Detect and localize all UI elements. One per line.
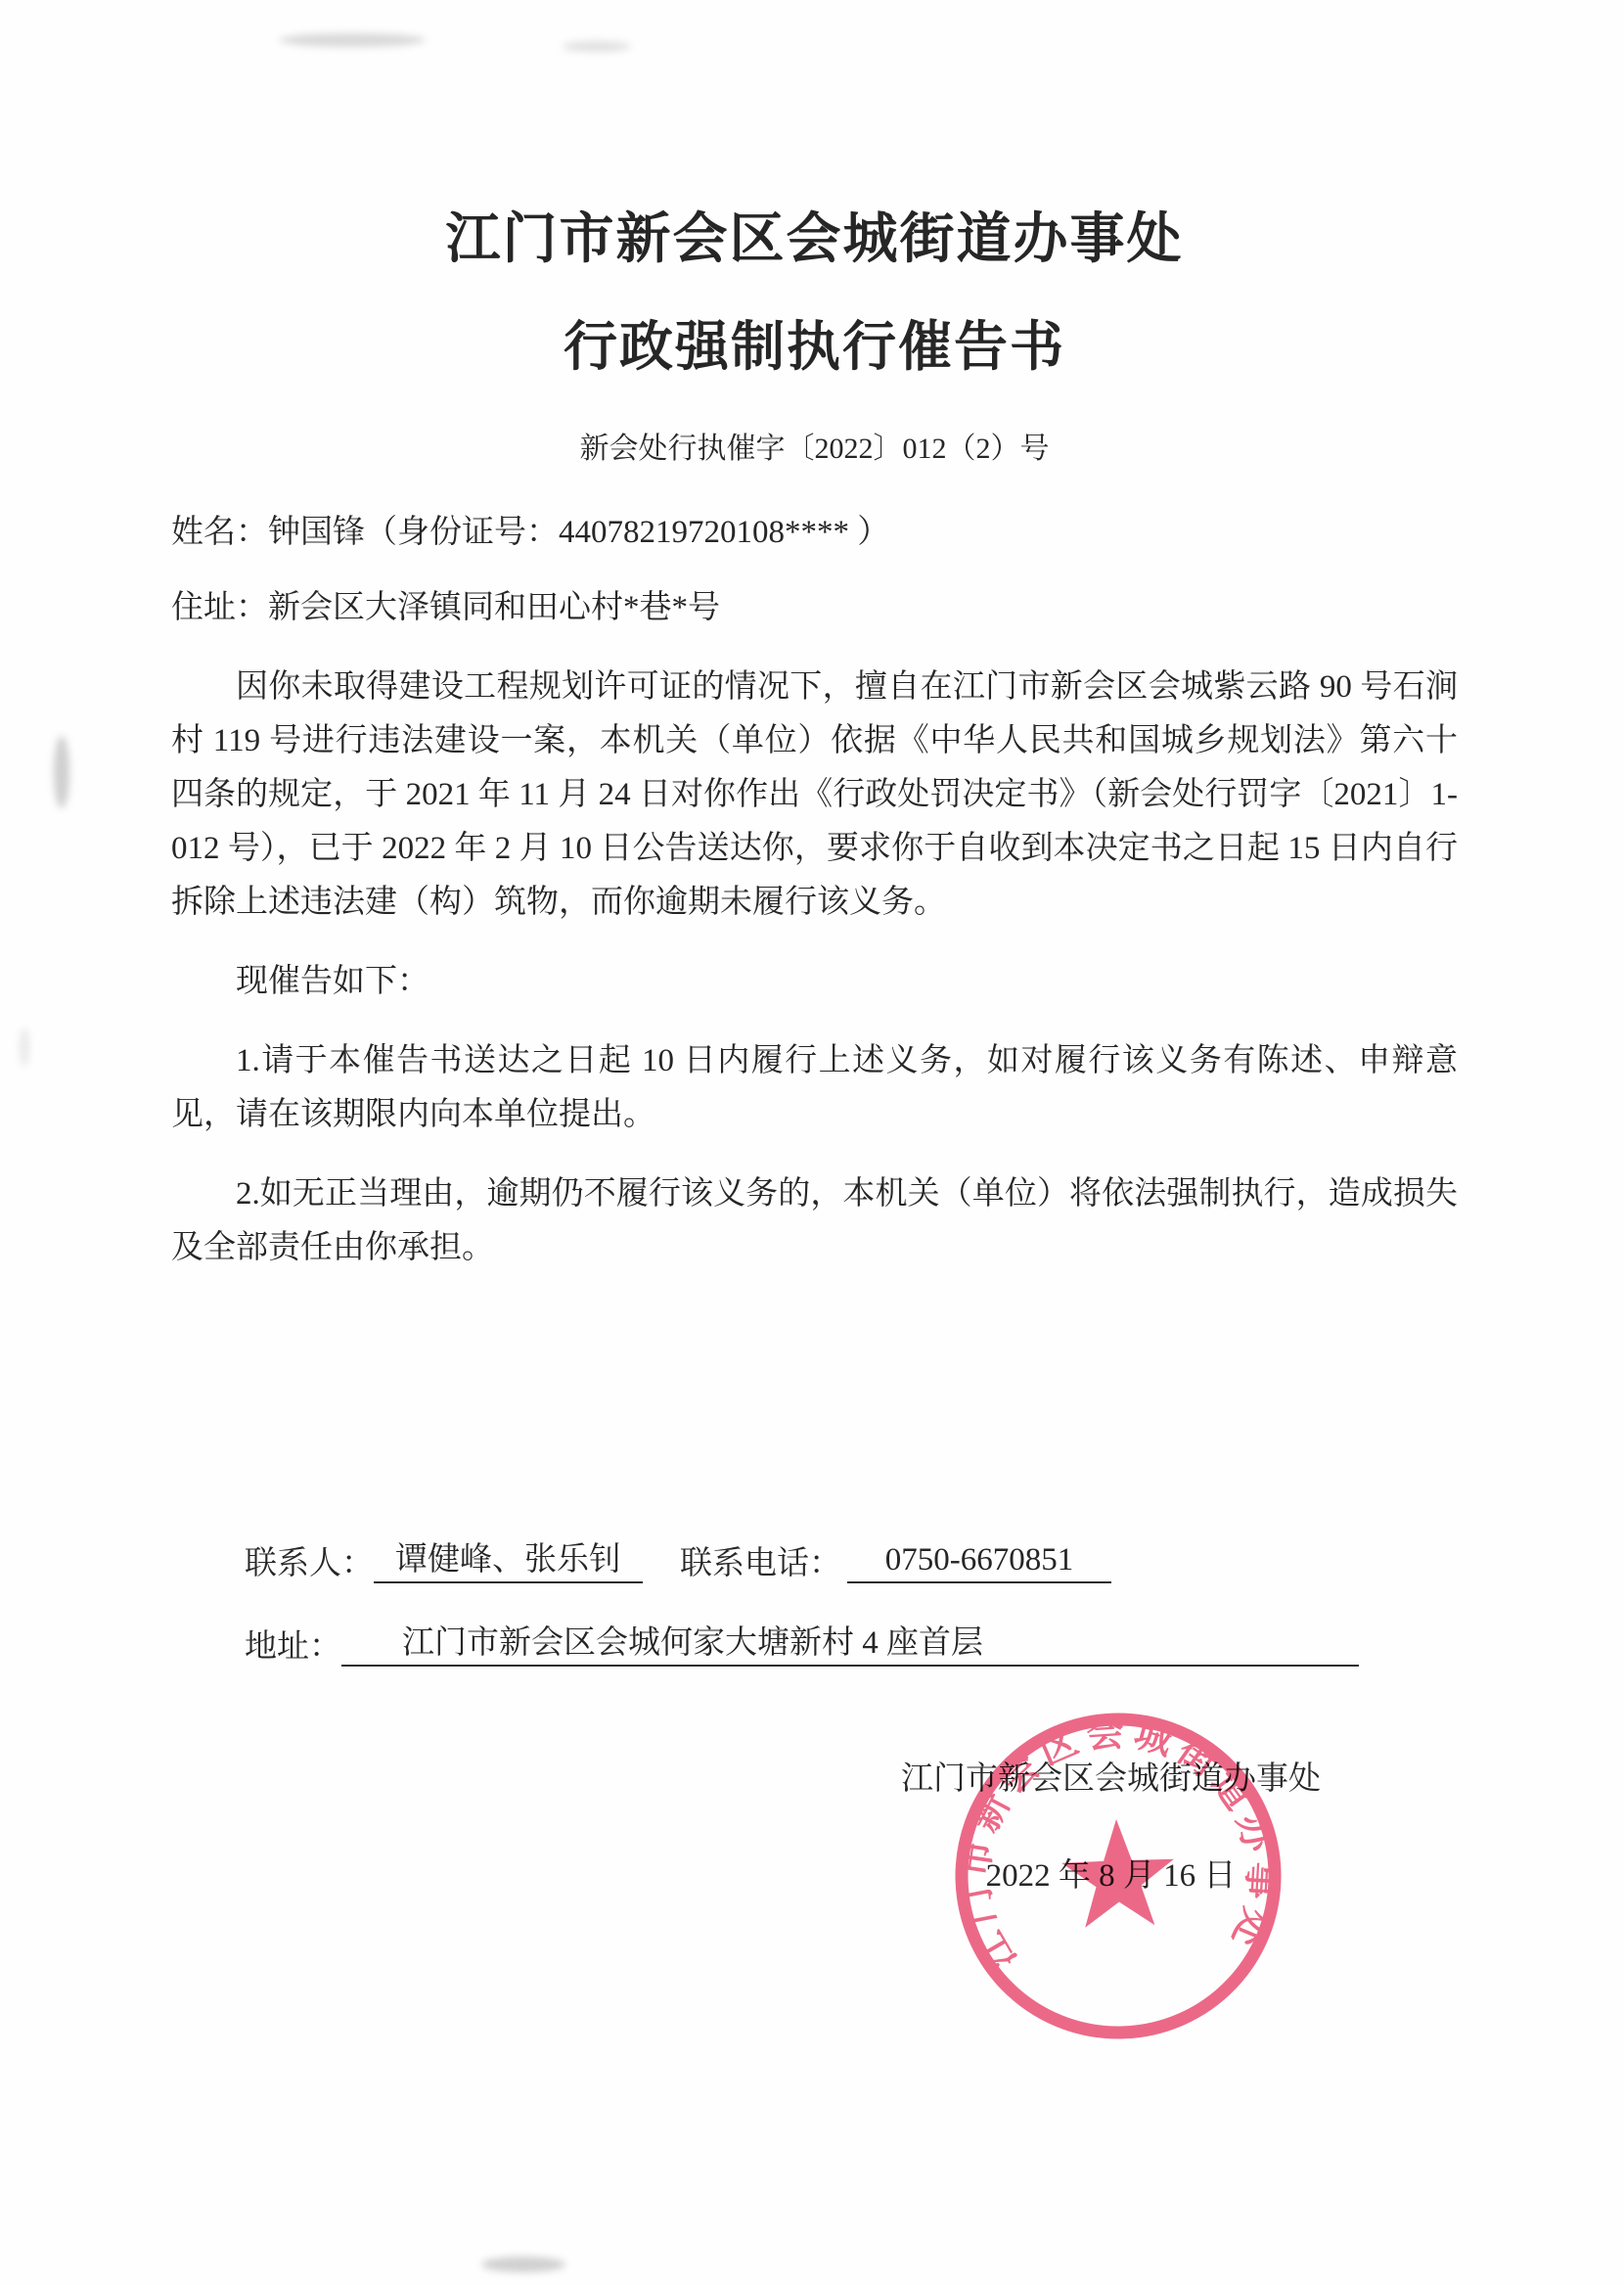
scan-artifact [54, 736, 69, 808]
contact-person-value: 谭健峰、张乐钊 [374, 1538, 643, 1583]
doc-title: 行政强制执行催告书 [171, 303, 1458, 381]
contact-phone-value: 0750-6670851 [847, 1538, 1111, 1583]
contact-row: 联系人：谭健峰、张乐钊联系电话：0750-6670851 [171, 1537, 1458, 1583]
doc-number: 新会处行执催字〔2022〕012（2）号 [171, 424, 1458, 467]
recipient-address-line: 住址：新会区大泽镇同和田心村*巷*号 [171, 581, 1458, 627]
name-label: 姓名： [171, 515, 268, 550]
org-title: 江门市新会区会城街道办事处 [171, 196, 1458, 274]
contact-phone-label: 联系电话： [680, 1546, 841, 1581]
body-paragraph: 因你未取得建设工程规划许可证的情况下，擅自在江门市新会区会城紫云路 90 号石涧… [171, 661, 1458, 930]
contact-person-label: 联系人： [245, 1546, 374, 1581]
scan-artifact [279, 33, 426, 47]
office-address-row: 地址：江门市新会区会城何家大塘新村 4 座首层 [171, 1621, 1458, 1667]
document-page: 江门市新会区会城街道办事处 行政强制执行催告书 新会处行执催字〔2022〕012… [0, 0, 1624, 2286]
scan-artifact [20, 1028, 29, 1067]
address-label: 住址： [171, 590, 268, 625]
signature-org: 江门市新会区会城街道办事处 [901, 1753, 1321, 1799]
scan-artifact [563, 41, 631, 52]
office-address-label: 地址： [245, 1629, 341, 1665]
signature-date: 2022 年 8 月 16 日 [901, 1850, 1321, 1896]
office-address-value: 江门市新会区会城何家大塘新村 4 座首层 [341, 1622, 1359, 1667]
name-value: 钟国锋（身份证号：44078219720108**** ） [268, 515, 889, 550]
notice-intro: 现催告如下： [171, 955, 1458, 1009]
scan-artifact [481, 2257, 565, 2272]
notice-item-2: 2.如无正当理由，逾期仍不履行该义务的，本机关（单位）将依法强制执行，造成损失及… [171, 1167, 1458, 1275]
recipient-name-line: 姓名：钟国锋（身份证号：44078219720108**** ） [171, 506, 1458, 552]
address-value: 新会区大泽镇同和田心村*巷*号 [268, 590, 720, 625]
notice-item-1: 1.请于本催告书送达之日起 10 日内履行上述义务，如对履行该义务有陈述、申辩意… [171, 1034, 1458, 1142]
signature-block: 江门市新会区会城街道办事处 2022 年 8 月 16 日 [901, 1753, 1321, 1896]
contact-block: 联系人：谭健峰、张乐钊联系电话：0750-6670851 地址：江门市新会区会城… [171, 1537, 1458, 1667]
